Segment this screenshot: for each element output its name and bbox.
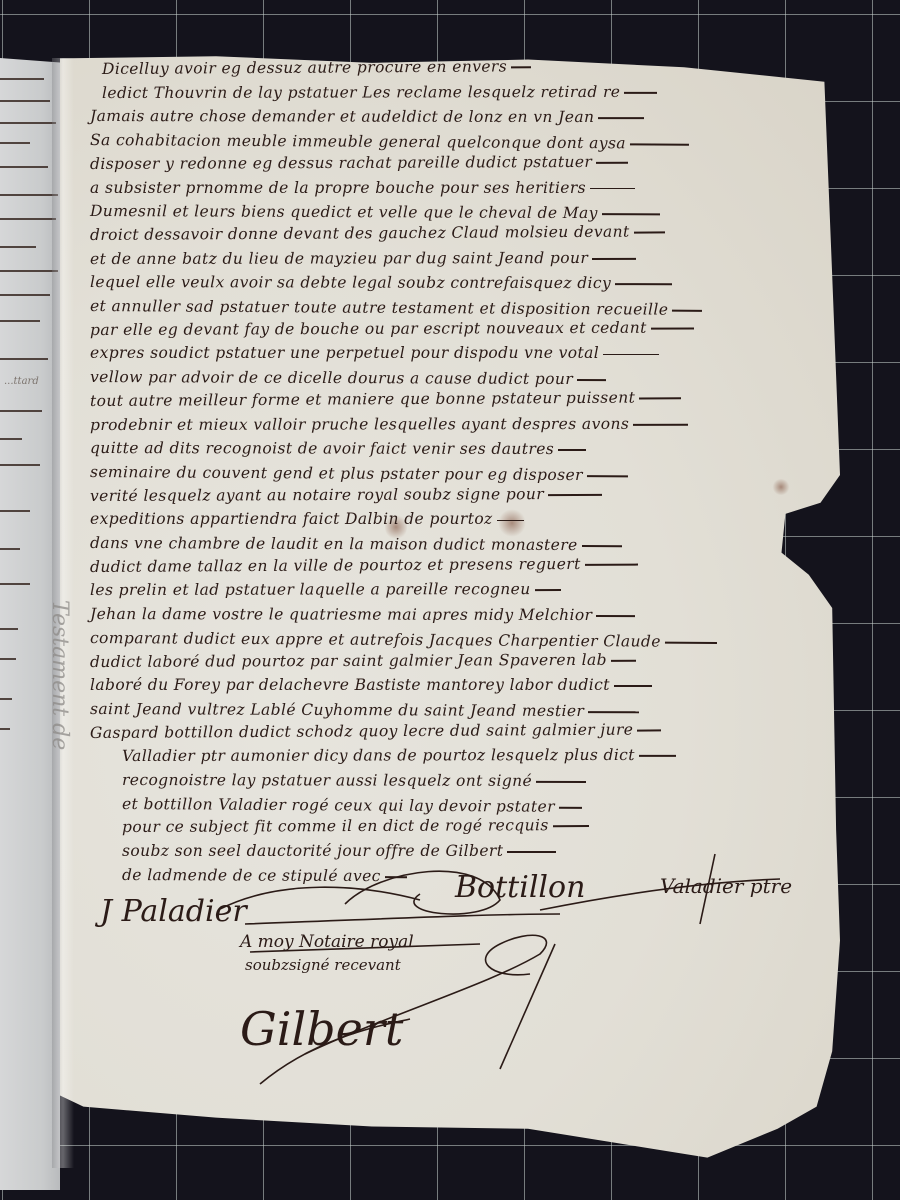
manuscript-line: recognoistre lay pstatuer aussi lesquelz… [122,771,586,790]
manuscript-line: pour ce subject fit comme il en dict de … [122,816,589,836]
attestation-line-2: soubzsigné recevant [245,956,401,974]
margin-annotation: Testament de [47,600,72,750]
manuscript-line: Sa cohabitacion meuble immeuble general … [90,131,689,153]
manuscript-line: expres soudict pstatuer une perpetuel po… [90,344,659,362]
manuscript-line: et annuller sad pstatuer toute autre tes… [90,297,702,319]
manuscript-line: seminaire du couvent gend et plus pstate… [90,463,628,484]
signature-paladier: J Paladier [100,894,247,929]
manuscript-line: les prelin et lad pstatuer laquelle a pa… [90,580,561,599]
manuscript-line: laboré du Forey par delachevre Bastiste … [90,676,652,694]
signature-valadier: Valadier ptre [660,874,792,898]
attestation-line-1: A moy Notaire royal [240,932,414,952]
manuscript-line: de ladmende de ce stipulé avec [122,866,407,885]
manuscript-line: ledict Thouvrin de lay pstatuer Les recl… [102,83,657,102]
manuscript-line: comparant dudict eux appre et autrefois … [90,629,717,651]
manuscript-line: Dumesnil et leurs biens quedict et velle… [90,202,660,222]
manuscript-line: verité lesquelz ayant au notaire royal s… [90,484,602,504]
manuscript-line: et bottillon Valadier rogé ceux qui lay … [122,795,582,816]
signature-bottillon: Bottillon [455,870,585,905]
manuscript-line: Jehan la dame vostre le quatriesme mai a… [90,605,635,624]
manuscript-line: a subsister prnomme de la propre bouche … [90,179,635,197]
manuscript-page: Dicelluy avoir eg dessuz autre procure e… [60,54,840,1162]
manuscript-line: et de anne batz du lieu de mayzieu par d… [90,248,636,267]
manuscript-line: disposer y redonne eg dessus rachat pare… [90,153,628,173]
manuscript-line: vellow par advoir de ce dicelle dourus a… [90,368,606,388]
manuscript-line: quitte ad dits recognoist de avoir faict… [90,439,586,458]
manuscript-line: Jamais autre chose demander et audeldict… [90,107,644,126]
manuscript-line: saint Jeand vultrez Lablé Cuyhomme du sa… [90,700,639,720]
manuscript-line: soubz son seel dauctorité jour offre de … [122,842,556,860]
manuscript-line: droict dessavoir donne devant des gauche… [90,222,665,244]
left-sheet-fragment-text: ...ttard [4,376,39,387]
manuscript-line: dudict laboré dud pourtoz par saint galm… [90,650,636,670]
manuscript-line: dans vne chambre de laudit en la maison … [90,534,622,554]
signature-gilbert: Gilbert [240,1002,403,1056]
manuscript-line: Valladier ptr aumonier dicy dans de pour… [122,746,676,765]
manuscript-line: Gaspard bottillon dudict schodz quoy lec… [90,720,661,742]
manuscript-line: dudict dame tallaz en la ville de pourto… [90,554,638,575]
manuscript-line: expeditions appartiendra faict Dalbin de… [90,510,524,528]
manuscript-line: par elle eg devant fay de bouche ou par … [90,318,694,339]
manuscript-line: lequel elle veulx avoir sa debte legal s… [90,273,672,292]
manuscript-line: tout autre meilleur forme et maniere que… [90,388,681,410]
manuscript-line: prodebnir et mieux valloir pruche lesque… [90,414,688,433]
